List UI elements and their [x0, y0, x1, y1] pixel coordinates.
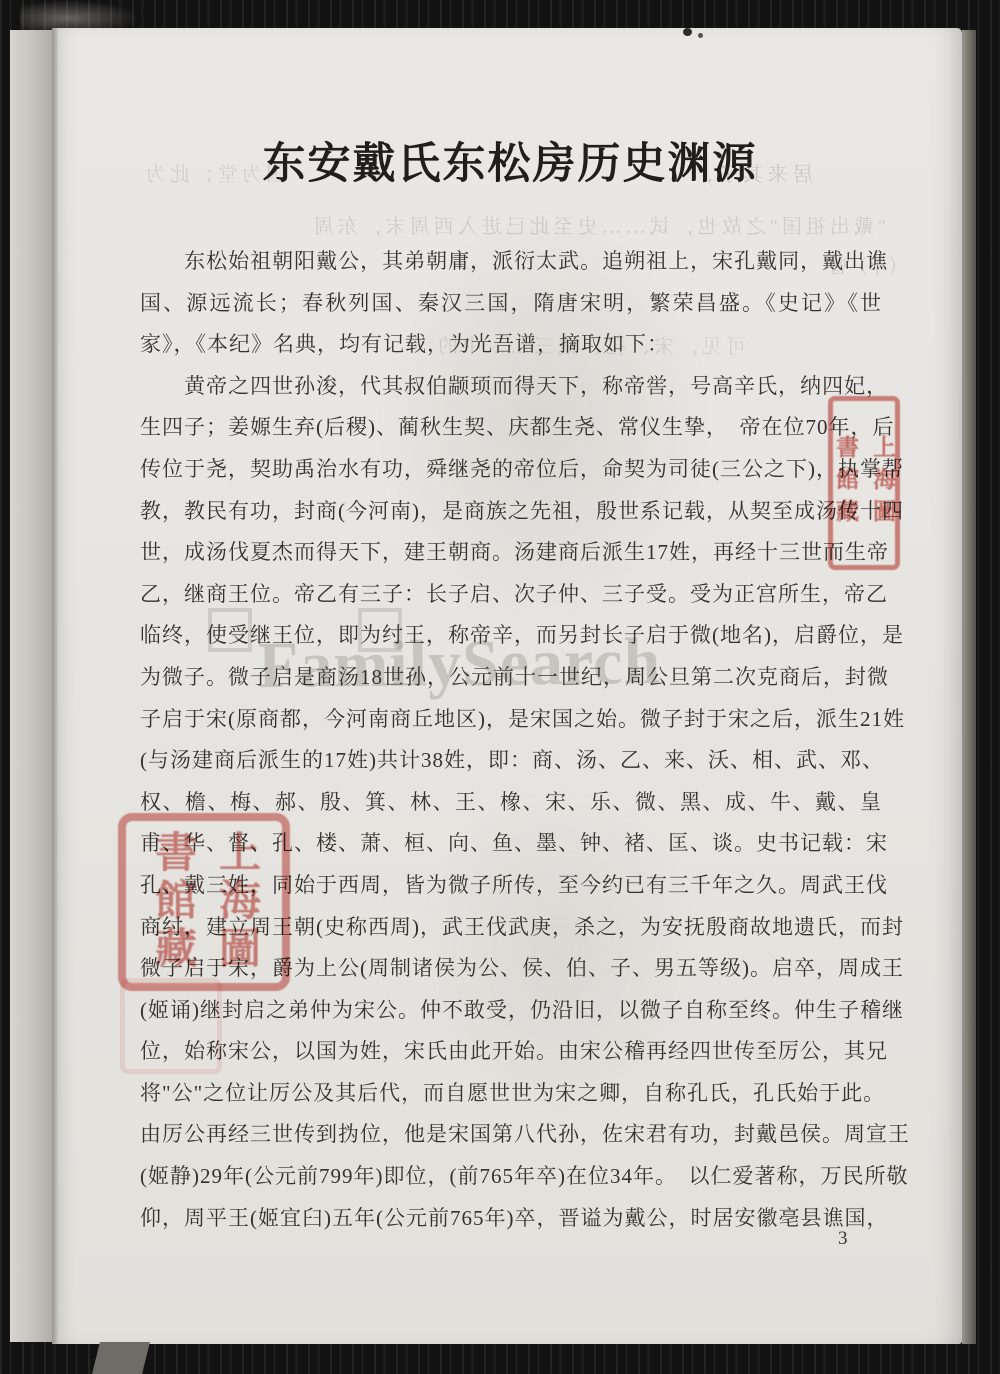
bleedthrough-text: "戴出祖国"之故也，试……史至此已进入西周末，东周: [146, 210, 886, 239]
ink-speck: [683, 28, 692, 36]
seal-script-text: 上海圖: [866, 435, 899, 531]
text-line: 将"公"之位让厉公及其后代，而自愿世世为宋之卿，自称孔氏，孔氏始于此。: [140, 1073, 882, 1115]
text-line: 传位于尧，契助禹治水有功，舜继尧的帝位后，命契为司徒(三公之下)，执掌帮: [140, 449, 882, 491]
red-seal-left: 書館藏 上海圖: [118, 813, 290, 991]
text-line: (姬静)29年(公元前799年)即位，(前765年卒)在位34年。 以仁爱著称，…: [140, 1156, 882, 1198]
underlying-page-edges: [10, 30, 52, 1342]
text-line: 为微子。微子启是商汤18世孙，公元前十一世纪，周公旦第二次克商后，封微: [140, 657, 882, 699]
text-line: 临终，使受继王位，即为纣王，称帝辛，而另封长子启于微(地名)，启爵位，是: [140, 615, 882, 657]
text-line: 教，教民有功，封商(今河南)，是商族之先祖，殷世系记载，从契至成汤传十四: [140, 491, 882, 533]
page-title: 东安戴氏东松房历史渊源: [58, 130, 962, 191]
seal-script-text: 書館藏: [142, 830, 202, 974]
book-page: 居来其子， 国为堂；此为 "戴出祖国"之故也，试……史至此已进入西周末，东周 可…: [58, 28, 962, 1344]
text-line: 乙，继商王位。帝乙有三子：长子启、次子仲、三子受。受为正宫所生，帝乙: [140, 574, 882, 616]
ink-speck: [698, 33, 703, 38]
text-line: (与汤建商后派生的17姓)共计38姓，即：商、汤、乙、来、沃、相、武、邓、: [140, 740, 882, 782]
page-number: 3: [838, 1228, 848, 1250]
text-line: 国、源远流长；春秋列国、秦汉三国，隋唐宋明，繁荣昌盛。《史记》《世: [140, 283, 882, 325]
scanner-background-blob: [20, 0, 140, 30]
seal-script-text: 上海圖: [206, 830, 266, 974]
red-seal-right: 書館藏 上海圖: [828, 396, 900, 570]
text-line: 生四子；姜嫄生弃(后稷)、蔺秋生契、庆都生尧、常仪生挚， 帝在位70年，后: [140, 407, 882, 449]
text-line: 东松始祖朝阳戴公，其弟朝庸，派衍太武。追朔祖上，宋孔戴同，戴出谯: [140, 241, 882, 283]
text-line: 家》，《本纪》名典，均有记载，为光吾谱，摘取如下：: [140, 324, 882, 366]
seal-script-text: 書館藏: [829, 435, 862, 531]
text-line: 子启于宋(原商都，今河南商丘地区)，是宋国之始。微子封于宋之后，派生21姓: [140, 699, 882, 741]
text-line: 黄帝之四世孙浚，代其叔伯颛顼而得天下，称帝喾，号高辛氏，纳四妃，: [140, 366, 882, 408]
scanned-book-photo: 居来其子， 国为堂；此为 "戴出祖国"之故也，试……史至此已进入西周末，东周 可…: [0, 0, 1000, 1374]
text-line: 世，成汤伐夏杰而得天下，建王朝商。汤建商后派生17姓，再经十三世而生帝: [140, 532, 882, 574]
text-line: 仰，周平王(姬宜臼)五年(公元前765年)卒，晋谥为戴公，时居安徽亳县谯国，: [140, 1198, 882, 1240]
text-line: 位，始称宋公，以国为姓，宋氏由此开始。由宋公稽再经四世传至厉公，其兄: [140, 1031, 882, 1073]
book-cradle-shape: [92, 1342, 150, 1374]
page-right-edge: [962, 30, 976, 1344]
text-line: (姬诵)继封启之弟仲为宋公。仲不敢受，仍沿旧，以微子自称至终。仲生子稽继: [140, 990, 882, 1032]
text-line: 由厉公再经三世传到㧑位，他是宋国第八代孙，佐宋君有功，封戴邑侯。周宣王: [140, 1114, 882, 1156]
body-text: 东松始祖朝阳戴公，其弟朝庸，派衍太武。追朔祖上，宋孔戴同，戴出谯 国、源远流长；…: [140, 241, 882, 1239]
